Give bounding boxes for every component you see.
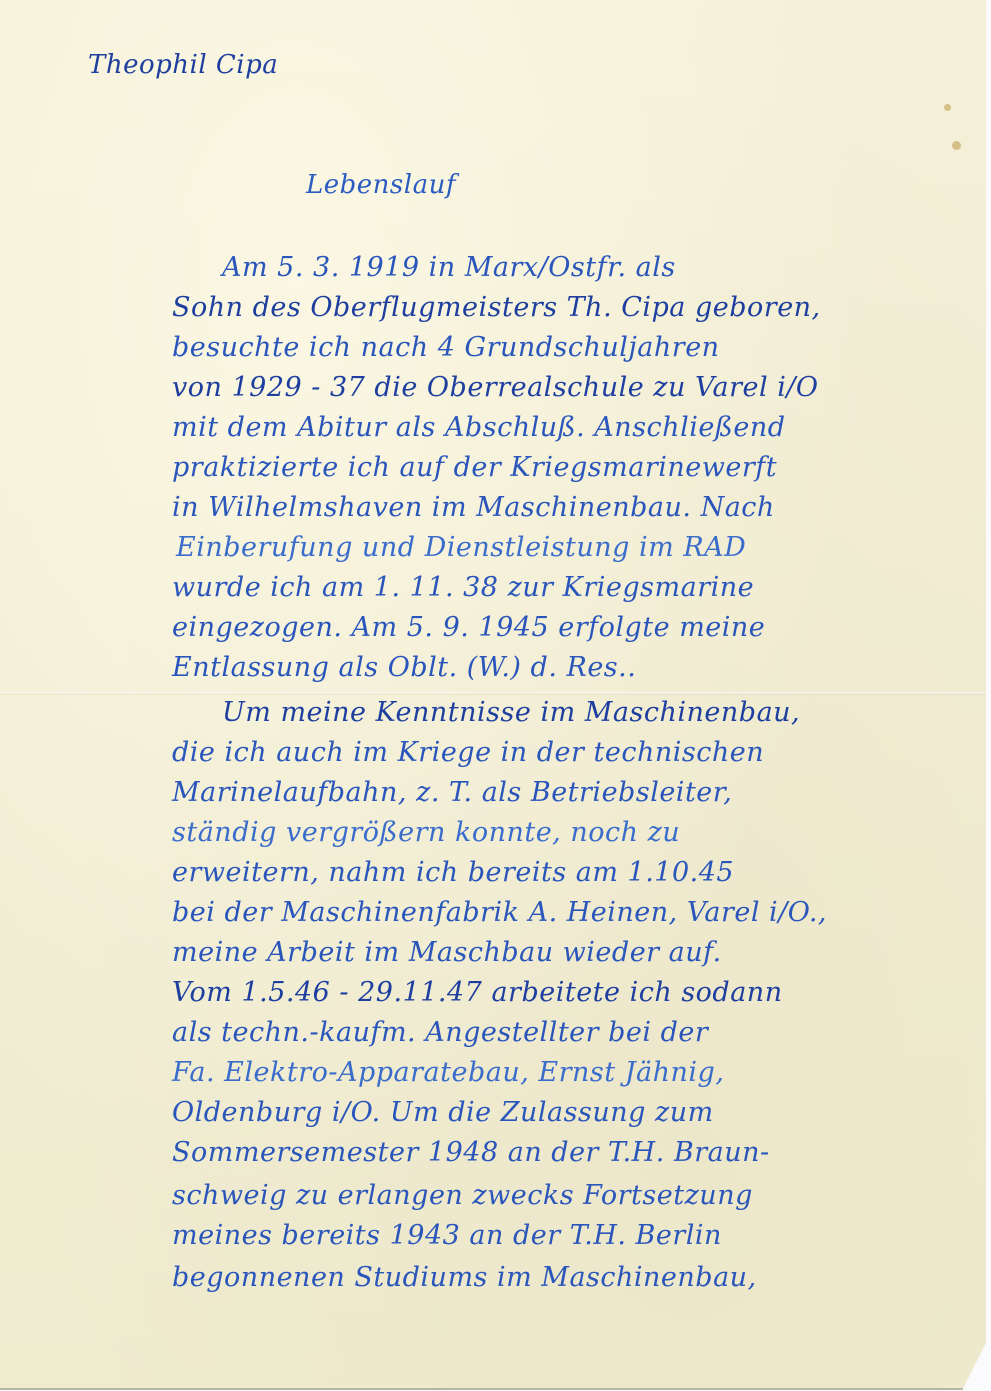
text-line: Fa. Elektro-Apparatebau, Ernst Jähnig, <box>172 1057 724 1089</box>
paper-fold-line <box>0 692 986 695</box>
text-line: in Wilhelmshaven im Maschinenbau. Nach <box>172 492 775 524</box>
paper-stain <box>952 141 961 150</box>
text-line: schweig zu erlangen zwecks Fortsetzung <box>172 1180 753 1212</box>
text-line: Sohn des Oberflugmeisters Th. Cipa gebor… <box>172 292 821 324</box>
text-line: von 1929 - 37 die Oberrealschule zu Vare… <box>172 372 819 404</box>
text-line: Sommersemester 1948 an der T.H. Braun- <box>172 1137 770 1169</box>
text-line: die ich auch im Kriege in der technische… <box>172 737 764 769</box>
document-title: Lebenslauf <box>306 170 456 200</box>
text-line: Entlassung als Oblt. (W.) d. Res.. <box>172 652 636 684</box>
text-line: mit dem Abitur als Abschluß. Anschließen… <box>172 412 786 444</box>
text-line: ständig vergrößern konnte, noch zu <box>172 817 680 849</box>
text-line: Vom 1.5.46 - 29.11.47 arbeitete ich soda… <box>172 977 783 1009</box>
text-line: Am 5. 3. 1919 in Marx/Ostfr. als <box>222 252 676 284</box>
text-line: praktizierte ich auf der Kriegsmarinewer… <box>172 452 777 484</box>
text-line: meines bereits 1943 an der T.H. Berlin <box>172 1220 722 1252</box>
text-line: Einberufung und Dienstleistung im RAD <box>176 532 746 564</box>
text-line: erweitern, nahm ich bereits am 1.10.45 <box>172 857 734 889</box>
text-line: begonnenen Studiums im Maschinenbau, <box>172 1262 757 1294</box>
letter-page: Theophil Cipa Lebenslauf Am 5. 3. 1919 i… <box>0 0 986 1390</box>
text-line: besuchte ich nach 4 Grundschuljahren <box>172 332 720 364</box>
text-line: als techn.-kaufm. Angestellter bei der <box>172 1017 708 1049</box>
author-name: Theophil Cipa <box>88 50 278 80</box>
text-line: wurde ich am 1. 11. 38 zur Kriegsmarine <box>172 572 754 604</box>
text-line: bei der Maschinenfabrik A. Heinen, Varel… <box>172 897 827 929</box>
text-line: Oldenburg i/O. Um die Zulassung zum <box>172 1097 714 1129</box>
text-line: eingezogen. Am 5. 9. 1945 erfolgte meine <box>172 612 765 644</box>
paper-stain <box>944 104 951 111</box>
text-line: Marinelaufbahn, z. T. als Betriebsleiter… <box>172 777 732 809</box>
text-line: meine Arbeit im Maschbau wieder auf. <box>172 937 722 969</box>
text-line: Um meine Kenntnisse im Maschinenbau, <box>222 697 800 729</box>
